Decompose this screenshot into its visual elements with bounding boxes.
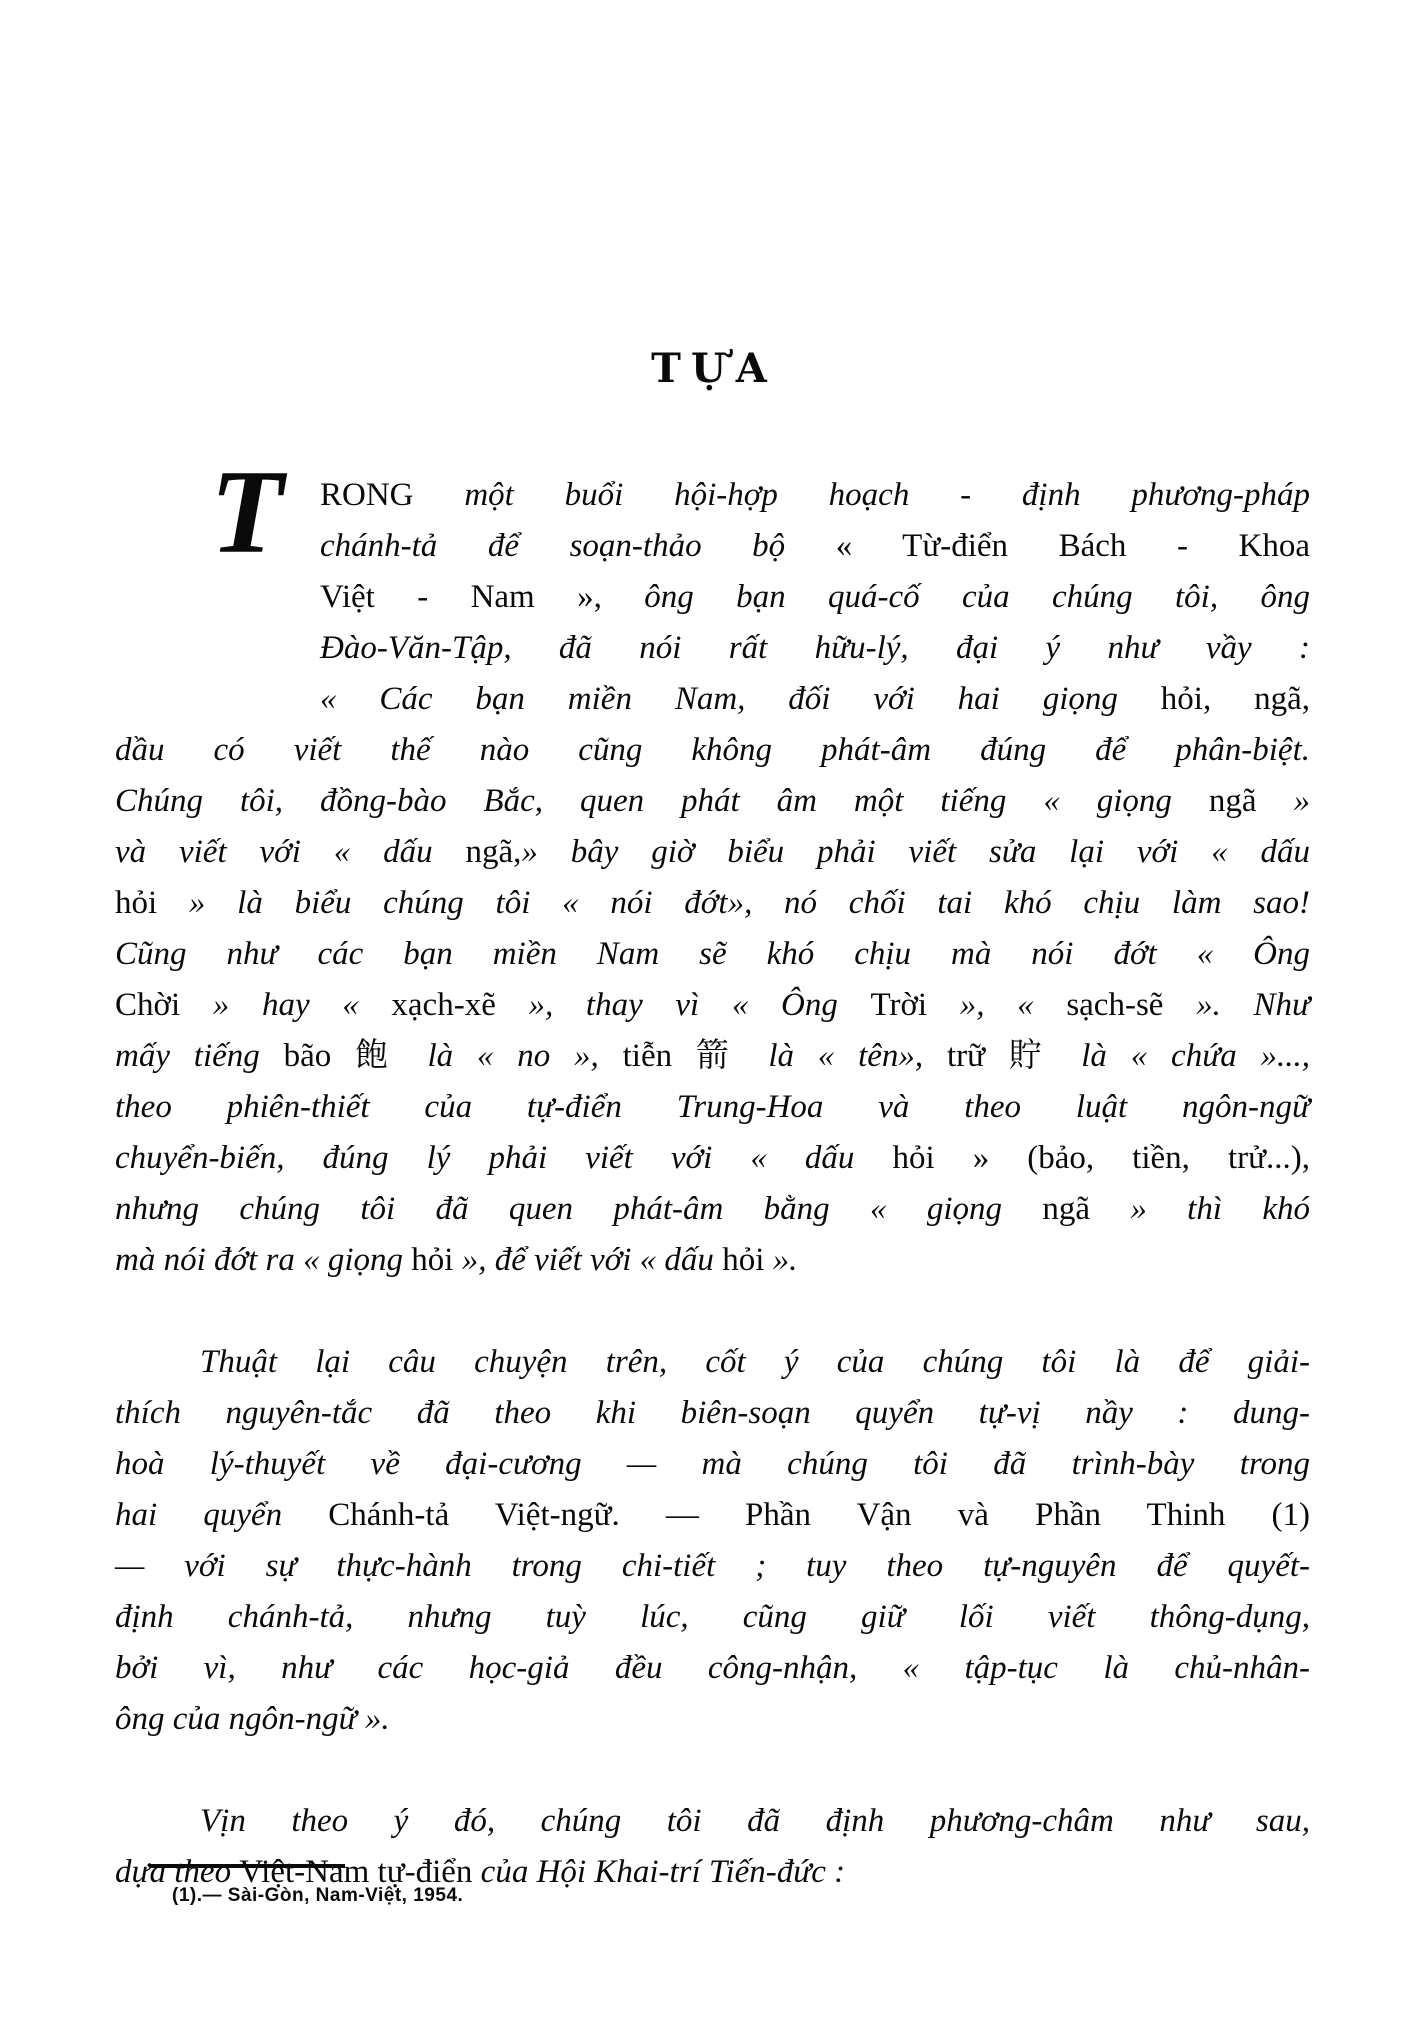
text-run: hỏi, ngã,	[1161, 681, 1310, 717]
text-run: Chánh-tả Việt-ngữ. — Phần Vận và Phần Th…	[328, 1497, 1310, 1533]
text-run: một buổi hội-hợp hoạch - định phương-phá…	[464, 477, 1310, 513]
text-line: — với sự thực-hành trong chi-tiết ; tuy …	[115, 1541, 1310, 1592]
text-line: hai quyển Chánh-tả Việt-ngữ. — Phần Vận …	[115, 1490, 1310, 1541]
text-line: theo phiên-thiết của tự-điển Trung-Hoa v…	[115, 1082, 1310, 1133]
text-line: Chúng tôi, đồng-bào Bắc, quen phát âm mộ…	[115, 776, 1310, 827]
text-line: Cũng như các bạn miền Nam sẽ khó chịu mà…	[115, 929, 1310, 980]
text-run: bởi vì, như các học-giả đều công-nhận, «…	[115, 1650, 1310, 1686]
paragraph-3: Vịn theo ý đó, chúng tôi đã định phương-…	[115, 1796, 1310, 1898]
text-run: hai quyển	[115, 1497, 328, 1533]
text-line: « Các bạn miền Nam, đối với hai giọng hỏ…	[320, 674, 1310, 725]
text-line: Thuật lại câu chuyện trên, cốt ý của chú…	[115, 1337, 1310, 1388]
text-line: ông của ngôn-ngữ ».	[115, 1694, 1310, 1745]
text-run: » thì khó	[1090, 1191, 1310, 1227]
text-run: Việt - Nam »,	[320, 579, 644, 615]
text-run: », «	[927, 987, 1066, 1023]
text-run: là « chứa »...,	[1057, 1038, 1310, 1074]
text-run: mấy tiếng	[115, 1038, 284, 1074]
text-run: Thuật lại câu chuyện trên, cốt ý của chú…	[200, 1344, 1310, 1380]
text-run: ngã	[1209, 783, 1257, 819]
drop-cap-wrapped-lines: chánh-tả để soạn-thảo bộ « Từ-điển Bách …	[320, 521, 1310, 725]
text-line: nhưng chúng tôi đã quen phát-âm bằng « g…	[115, 1184, 1310, 1235]
book-page: TỰA T RONG một buổi hội-hợp hoạch - định…	[0, 0, 1428, 2028]
text-line: định chánh-tả, nhưng tuỳ lúc, cũng giữ l…	[115, 1592, 1310, 1643]
text-run: tiễn 箭	[623, 1038, 745, 1074]
footnote-divider	[150, 1864, 345, 1868]
text-line: mấy tiếng bão 飽 là « no », tiễn 箭 là « t…	[115, 1031, 1310, 1082]
text-run: ngã,	[465, 834, 521, 870]
text-run: Cũng như các bạn miền Nam sẽ khó chịu mà…	[115, 936, 1310, 972]
text-run: hỏi » (bảo, tiền, trử...),	[892, 1140, 1310, 1176]
text-run: Chời	[115, 987, 180, 1023]
text-run: chánh-tả để soạn-thảo bộ	[320, 528, 836, 564]
text-run: là « no »,	[404, 1038, 623, 1074]
drop-cap: T	[210, 462, 283, 562]
text-run: hỏi	[115, 885, 157, 921]
paragraph-1-continued: dầu có viết thế nào cũng không phát-âm đ…	[115, 725, 1310, 1286]
text-run: thích nguyên-tắc đã theo khi biên-soạn q…	[115, 1395, 1310, 1431]
text-run: RONG	[320, 477, 464, 513]
paragraph-2: Thuật lại câu chuyện trên, cốt ý của chú…	[115, 1337, 1310, 1745]
text-run: ngã	[1042, 1191, 1090, 1227]
first-line: RONG một buổi hội-hợp hoạch - định phươn…	[320, 470, 1310, 521]
text-run: — với sự thực-hành trong chi-tiết ; tuy …	[115, 1548, 1310, 1584]
text-run: và viết với « dấu	[115, 834, 465, 870]
body-text: dầu có viết thế nào cũng không phát-âm đ…	[115, 725, 1310, 1898]
text-line: thích nguyên-tắc đã theo khi biên-soạn q…	[115, 1388, 1310, 1439]
text-run: ông bạn quá-cố của chúng tôi, ông	[644, 579, 1310, 615]
text-line: dầu có viết thế nào cũng không phát-âm đ…	[115, 725, 1310, 776]
paragraph-gap	[115, 1286, 1310, 1337]
text-run: ông của ngôn-ngữ ».	[115, 1701, 390, 1737]
text-run: hoà lý-thuyết về đại-cương — mà chúng tô…	[115, 1446, 1310, 1482]
text-line: chánh-tả để soạn-thảo bộ « Từ-điển Bách …	[320, 521, 1310, 572]
text-run: ». Như	[1163, 987, 1310, 1023]
text-run: » bây giờ biểu phải viết sửa lại với « d…	[521, 834, 1310, 870]
text-run: Vịn theo ý đó, chúng tôi đã định phương-…	[200, 1803, 1310, 1839]
page-title: TỰA	[0, 345, 1428, 392]
text-run: Trời	[870, 987, 927, 1023]
footnote: (1).— Sài-Gòn, Nam-Việt, 1954.	[172, 1885, 463, 1907]
text-line: mà nói đớt ra « giọng hỏi », để viết với…	[115, 1235, 1310, 1286]
text-line: Vịn theo ý đó, chúng tôi đã định phương-…	[115, 1796, 1310, 1847]
text-run: « Các bạn miền Nam, đối với hai giọng	[320, 681, 1161, 717]
text-line: Đào-Văn-Tập, đã nói rất hữu-lý, đại ý nh…	[320, 623, 1310, 674]
text-line: hoà lý-thuyết về đại-cương — mà chúng tô…	[115, 1439, 1310, 1490]
text-run: » là biểu chúng tôi « nói đớt», nó chối …	[157, 885, 1310, 921]
text-line: Việt - Nam », ông bạn quá-cố của chúng t…	[320, 572, 1310, 623]
text-run: của Hội Khai-trí Tiến-đức :	[472, 1854, 845, 1890]
text-run: hỏi	[722, 1242, 764, 1278]
text-run: Đào-Văn-Tập, đã nói rất hữu-lý, đại ý nh…	[320, 630, 1310, 666]
text-run: », thay vì « Ông	[496, 987, 871, 1023]
text-run: là « tên»,	[745, 1038, 948, 1074]
text-line: chuyển-biến, đúng lý phải viết với « dấu…	[115, 1133, 1310, 1184]
text-run: theo phiên-thiết của tự-điển Trung-Hoa v…	[115, 1089, 1310, 1125]
text-run: trữ 貯	[947, 1038, 1057, 1074]
text-line: Chời » hay « xạch-xẽ », thay vì « Ông Tr…	[115, 980, 1310, 1031]
text-run: hỏi	[411, 1242, 453, 1278]
text-run: Chúng tôi, đồng-bào Bắc, quen phát âm mộ…	[115, 783, 1209, 819]
text-line: và viết với « dấu ngã,» bây giờ biểu phả…	[115, 827, 1310, 878]
text-run: nhưng chúng tôi đã quen phát-âm bằng « g…	[115, 1191, 1042, 1227]
text-run: ».	[764, 1242, 797, 1278]
paragraph-gap	[115, 1745, 1310, 1796]
text-run: chuyển-biến, đúng lý phải viết với « dấu	[115, 1140, 892, 1176]
text-run: dầu có viết thế nào cũng không phát-âm đ…	[115, 732, 1310, 768]
text-line: hỏi » là biểu chúng tôi « nói đớt», nó c…	[115, 878, 1310, 929]
text-run: sạch-sẽ	[1066, 987, 1163, 1023]
text-run: » hay «	[180, 987, 391, 1023]
text-run: »	[1257, 783, 1310, 819]
text-run: định chánh-tả, nhưng tuỳ lúc, cũng giữ l…	[115, 1599, 1310, 1635]
text-run: mà nói đớt ra « giọng	[115, 1242, 411, 1278]
text-run: xạch-xẽ	[391, 987, 495, 1023]
text-run: », để viết với « dấu	[453, 1242, 722, 1278]
text-line: bởi vì, như các học-giả đều công-nhận, «…	[115, 1643, 1310, 1694]
text-run: « Từ-điển Bách - Khoa	[836, 528, 1310, 564]
text-run: bão 飽	[284, 1038, 404, 1074]
